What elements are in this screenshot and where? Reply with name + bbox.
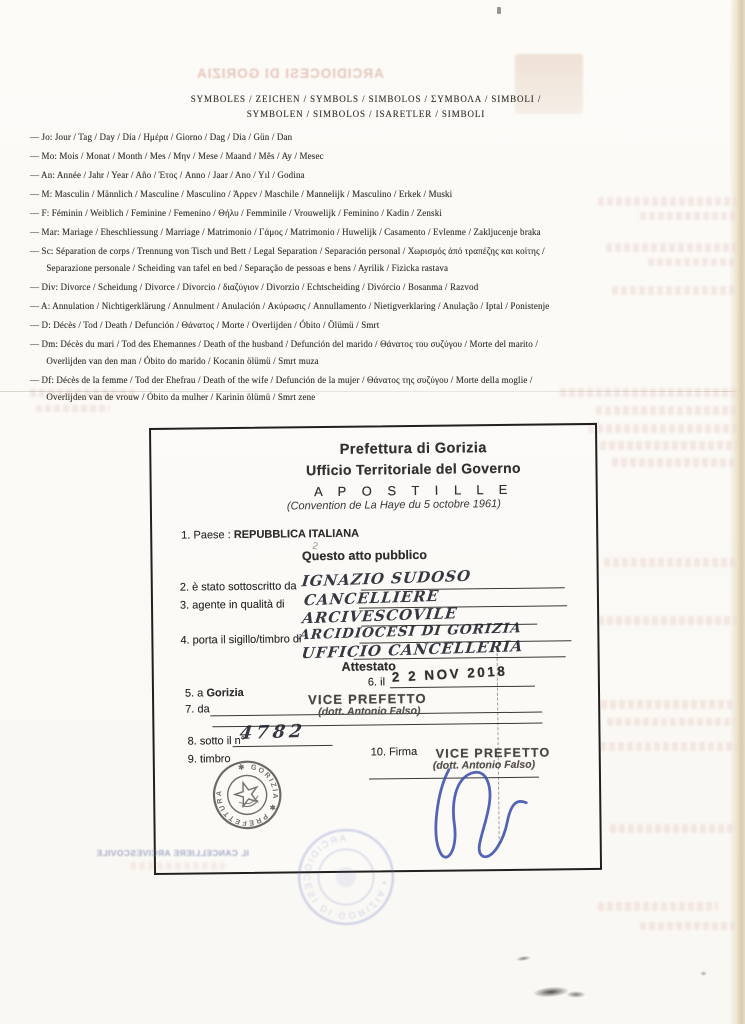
field-4-label: 4. porta il sigillo/timbro di [180,633,301,646]
bleedthrough-line [648,258,736,266]
field-7-label: 7. da [185,703,210,715]
legend-item-mar: — Mar: Mariage / Eheschliessung / Marria… [30,224,702,241]
bleedthrough-line [604,558,738,567]
bleedthrough-line [612,458,736,467]
svg-text:✱ GORIZIA ✱ PREFETTURA: ✱ GORIZIA ✱ PREFETTURA [205,753,289,837]
bleedthrough-line [606,243,738,252]
field-3-label: 3. agente in qualità di [180,598,285,611]
prefettura-header: Prefettura di Gorizia [231,439,595,459]
signature [421,753,542,872]
apostille-box: Prefettura di Gorizia Ufficio Territoria… [149,423,602,875]
field-1-country: 1. Paese : REPUBBLICA ITALIANA [181,528,359,542]
legend-item-a: — A: Annulation / Nichtigerklärung / Ann… [30,298,702,315]
legend-title-line1: SYMBOLES / ZEICHEN / SYMBOLS / SIMBOLOS … [30,92,702,107]
bleedthrough-round-stamp: ARCIDIOCESI DI GORIZIA • [295,826,397,928]
bleedthrough-line [600,742,740,751]
handwriting-signer-name: IGNAZIO SUDOSO [301,567,472,591]
field-2-label: 2. è stato sottoscritto da [180,580,297,593]
rule-line [390,686,535,689]
legend-items: — Jo: Jour / Tag / Day / Día / Ημέρα / G… [30,129,702,406]
bleedthrough-line [640,212,738,220]
scanned-document-page: ARCIDIOCESI DI GORIZIA SYMBOLES / ZEICHE… [0,0,745,1024]
field-6-label: 6. il [368,676,385,688]
ink-smudge [516,955,532,962]
bleedthrough-line [640,922,735,930]
antonio-falso-stamp: (dott. Antonio Falso) [318,705,420,718]
bleedthrough-line [610,824,736,833]
bleedthrough-line [30,389,135,397]
field-5-label: 5. a [185,687,203,699]
bleedthrough-line [607,718,735,726]
ink-smudge [566,991,586,998]
legend-item-dm: — Dm: Décès du mari / Tod des Ehemannes … [30,336,702,370]
section-attestato: Attestato [154,657,584,676]
bleedthrough-line [601,700,739,709]
bleedthrough-line [36,405,110,412]
bleedthrough-line [598,902,718,911]
legend-item-sc: — Sc: Séparation de corps / Trennung von… [30,243,702,277]
bleedthrough-line [598,616,738,625]
bleedthrough-cancelliere-text: IL CANCELLIERE ARCIVESCOVILE [96,848,249,858]
bleedthrough-line [130,862,225,870]
field-1-value: REPUBBLICA ITALIANA [234,528,359,541]
legend-item-mo: — Mo: Mois / Monat / Month / Mes / Μην /… [30,148,702,165]
bleedthrough-line [600,441,738,450]
page-edge [729,0,745,1024]
legend-title-line2: SYMBOLEN / SIMBOLOS / ISARETLER / SIMBOL… [30,107,702,122]
handwriting-number: 4782 [239,721,307,744]
symbols-legend: SYMBOLES / ZEICHEN / SYMBOLS / SIMBOLOS … [30,92,702,408]
ufficio-header: Ufficio Territoriale del Governo [231,459,595,479]
section-questo-atto: Questo atto pubblico [152,546,576,565]
speck [497,7,501,14]
bleedthrough-line [560,388,738,397]
bleedthrough-heading: ARCIDIOCESI DI GORIZIA [196,66,384,81]
legend-item-f: — F: Féminin / Weiblich / Feminine / Fem… [30,205,702,222]
field-5-place: 5. a Gorizia [185,687,244,700]
speck [700,971,707,976]
rule-line [233,745,333,747]
bleedthrough-line [598,197,738,206]
legend-item-jo: — Jo: Jour / Tag / Day / Día / Ημέρα / G… [30,129,702,146]
ink-smudge [533,985,570,998]
legend-item-d: — D: Décès / Tod / Death / Defunción / Θ… [30,317,702,334]
legend-item-an: — An: Année / Jahr / Year / Año / Έτος /… [30,167,702,184]
field-1-label: 1. Paese : [181,529,231,542]
bleedthrough-line [612,286,738,295]
field-10-label: 10. Firma [371,746,418,759]
bleedthrough-line [596,406,741,415]
field-5-value: Gorizia [206,687,243,699]
legend-item-div: — Div: Divorce / Scheidung / Divorce / D… [30,279,702,296]
bleedthrough-line [588,424,738,433]
